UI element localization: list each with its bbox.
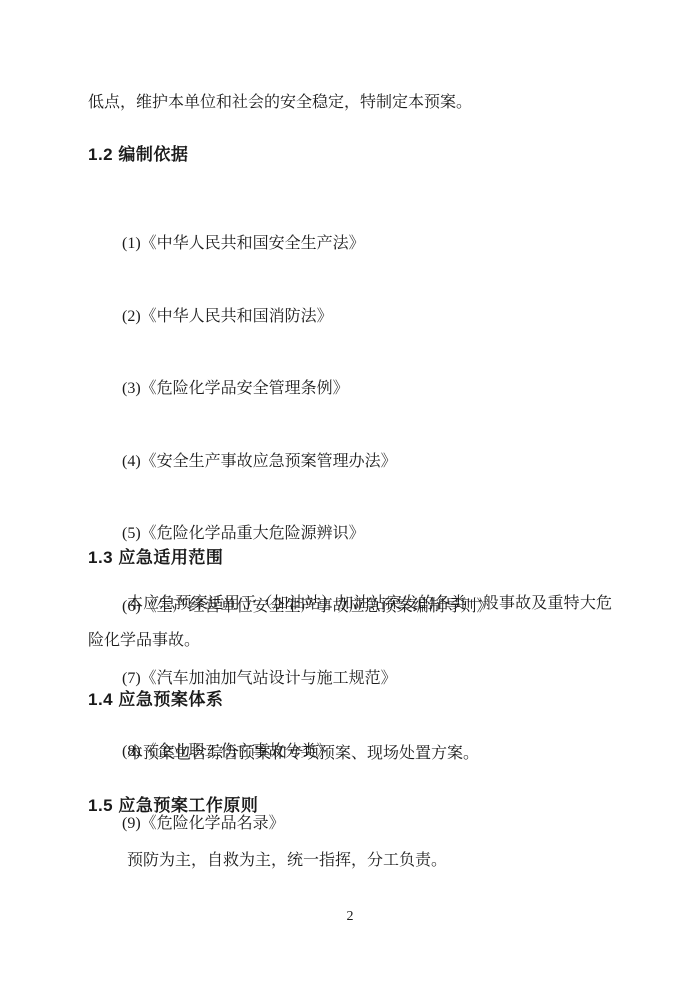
section-body-1-5: 预防为主，自救为主，统一指挥，分工负责。 — [88, 842, 612, 879]
reference-item: (2)《中华人民共和国消防法》 — [122, 299, 662, 336]
reference-item: (3)《危险化学品安全管理条例》 — [122, 371, 662, 408]
continuation-paragraph: 低点，维护本单位和社会的安全稳定，特制定本预案。 — [88, 92, 618, 114]
section-body-1-4: 本预案包含综合预案和专项预案、现场处置方案。 — [88, 735, 612, 772]
reference-list: (1)《中华人民共和国安全生产法》 (2)《中华人民共和国消防法》 (3)《危险… — [122, 190, 662, 879]
section-heading-1-2: 1.2 编制依据 — [88, 144, 188, 166]
section-heading-1-5: 1.5 应急预案工作原则 — [88, 795, 258, 817]
page-number: 2 — [0, 908, 700, 926]
section-heading-1-3: 1.3 应急适用范围 — [88, 547, 223, 569]
reference-item: (1)《中华人民共和国安全生产法》 — [122, 226, 662, 263]
section-heading-1-4: 1.4 应急预案体系 — [88, 689, 223, 711]
document-page: 低点，维护本单位和社会的安全稳定，特制定本预案。 1.2 编制依据 (1)《中华… — [0, 0, 700, 990]
section-body-1-3: 本应急预案适用于（加油站）加油站突发的各类一般事故及重特大危险化学品事故。 — [88, 585, 612, 659]
reference-item: (4)《安全生产事故应急预案管理办法》 — [122, 444, 662, 481]
